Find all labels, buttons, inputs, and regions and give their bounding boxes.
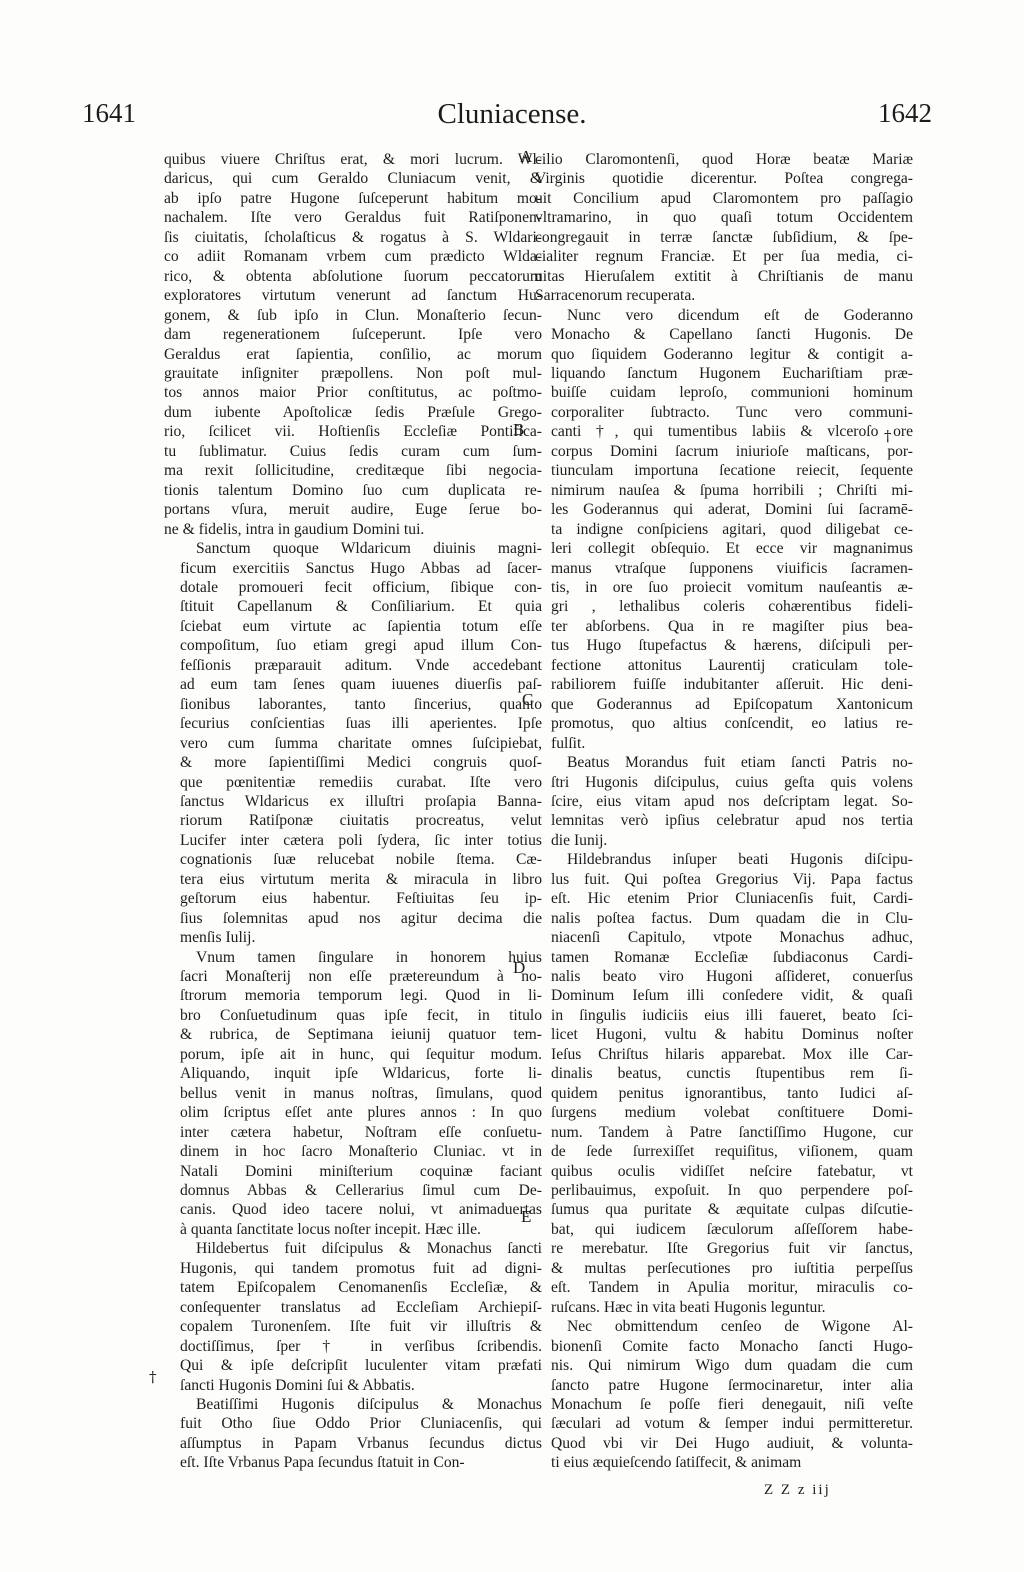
- running-title: Cluniacense.: [0, 98, 1024, 131]
- text-line: uit Concilium apud Claromontem pro paſſa…: [535, 189, 913, 208]
- text-line: à quanta ſanctitate locus noſter incepit…: [164, 1220, 542, 1239]
- text-line: Monachum ſe poſſe fieri denegauit, niſi …: [535, 1395, 913, 1414]
- text-line: portans vſura, meruit audire, Euge ſerue…: [164, 500, 542, 519]
- text-line: co adiit Romanam vrbem cum prædicto Wlda…: [164, 247, 542, 266]
- text-line: vero cum ſumma charitate omnes ſuſcipieb…: [164, 734, 542, 753]
- printer-signature: Z Z z iij: [764, 1482, 831, 1499]
- margin-letter-e: E: [521, 1207, 531, 1227]
- text-line: ficum exercitiis Sanctus Hugo Abbas ad ſ…: [164, 559, 542, 578]
- text-line: rico, & obtenta abſolutione ſuorum pecca…: [164, 267, 542, 286]
- paragraph: quibus viuere Chriſtus erat, & mori lucr…: [164, 150, 542, 539]
- paragraph: Nec obmittendum cenſeo de Wigone Al-bion…: [535, 1317, 913, 1473]
- text-line: rabiliorem fuiſſe indubitanter aſſeruit.…: [535, 675, 913, 694]
- text-line: ti eius æquieſcendo ſatiſfecit, & animam: [535, 1453, 913, 1472]
- text-line: de ſede ſurrexiſſet requiſitus, viſionem…: [535, 1142, 913, 1161]
- text-line: num. Tandem à Patre ſanctiſſimo Hugone, …: [535, 1123, 913, 1142]
- paragraph: Sanctum quoque Wldaricum diuinis magni-f…: [164, 539, 542, 948]
- paragraph: cilio Claromontenſi, quod Horæ beatæ Mar…: [535, 150, 913, 306]
- text-line: ne & fidelis, intra in gaudium Domini tu…: [164, 520, 542, 539]
- text-line: ſtituit Capellanum & Conſiliarium. Et qu…: [164, 597, 542, 616]
- text-line: gri , lethalibus coleris cohærentibus fi…: [535, 597, 913, 616]
- text-line: ſius ſolemnitas apud nos agitur decima d…: [164, 909, 542, 928]
- text-line: manus vtraſque ſupponens viuificis ſacra…: [535, 559, 913, 578]
- text-line: ſurgens medium volebat conſtituere Domi-: [535, 1103, 913, 1122]
- text-line: ab ipſo patre Hugone ſuſceperunt habitum…: [164, 189, 542, 208]
- text-line: ſumus qua puritate & æquitate culpas diſ…: [535, 1200, 913, 1219]
- text-line: tus Hugo ſtupefactus & hærens, diſcipuli…: [535, 636, 913, 655]
- text-line: exploratores virtutum venerunt ad ſanctu…: [164, 286, 542, 305]
- text-line: riorum Ratiſponæ ciuitatis procreatus, v…: [164, 811, 542, 830]
- text-line: ma rexit ſollicitudine, creditæque ſibi …: [164, 461, 542, 480]
- text-line: cilio Claromontenſi, quod Horæ beatæ Mar…: [535, 150, 913, 169]
- text-line: Monacho & Capellano ſancti Hugonis. De: [535, 325, 913, 344]
- text-line: dam regenerationem ſuſceperunt. Ipſe ver…: [164, 325, 542, 344]
- text-line: ſionibus laborantes, tanto ſincerius, qu…: [164, 695, 542, 714]
- text-line: re merebatur. Iſte Gregorius fuit vir ſa…: [535, 1239, 913, 1258]
- text-line: ſcire, eius vitam apud nos deſcriptam le…: [535, 792, 913, 811]
- margin-letter-d: D: [513, 958, 525, 978]
- margin-dagger-left: †: [149, 1368, 157, 1386]
- text-line: copalem Turonenſem. Iſte fuit vir illuſt…: [164, 1317, 542, 1336]
- text-line: Vnum tamen ſingulare in honorem huius: [164, 948, 542, 967]
- text-line: nimirum nauſea & ſpuma horribili ; Chriſ…: [535, 481, 913, 500]
- paragraph: Nunc vero dicendum eſt de GoderannoMonac…: [535, 306, 913, 753]
- text-line: cialiter regnum Franciæ. Et per ſua medi…: [535, 247, 913, 266]
- text-line: fectione attonitus Laurentij craticulam …: [535, 656, 913, 675]
- text-line: nis. Qui nimirum Wigo dum quadam die cum: [535, 1356, 913, 1375]
- text-line: gonem, & ſub ipſo in Clun. Monaſterio ſe…: [164, 306, 542, 325]
- text-line: quo ſiquidem Goderanno legitur & contigi…: [535, 345, 913, 364]
- text-line: canti †, qui tumentibus labiis & vlceroſ…: [535, 422, 913, 441]
- text-line: tionis talentum Domino ſuo cum duplicata…: [164, 481, 542, 500]
- text-line: niacenſi Capitulo, vtpote Monachus adhuc…: [535, 928, 913, 947]
- margin-dagger-right: †: [884, 427, 892, 445]
- text-line: & rubrica, de Septimana ieiunij quatuor …: [164, 1025, 542, 1044]
- text-line: Sanctum quoque Wldaricum diuinis magni-: [164, 539, 542, 558]
- text-line: Lucifer inter cætera poli ſydera, ſic in…: [164, 831, 542, 850]
- text-line: ſancti Hugonis Domini ſui & Abbatis.: [164, 1376, 542, 1395]
- text-line: licet Hugoni, vultu & habitu Dominus noſ…: [535, 1025, 913, 1044]
- text-line: ſæculari ad votum & ſemper indui permitt…: [535, 1414, 913, 1433]
- text-line: nachalem. Iſte vero Geraldus fuit Ratiſp…: [164, 208, 542, 227]
- text-line: Dominum Ieſum illi conſedere vidit, & qu…: [535, 986, 913, 1005]
- left-column: quibus viuere Chriſtus erat, & mori lucr…: [164, 150, 542, 1473]
- text-line: ſtri Hugonis diſcipulus, cuius geſta qui…: [535, 773, 913, 792]
- text-line: corporaliter ſubtracto. Tunc vero commun…: [535, 403, 913, 422]
- text-line: tamen Romanæ Eccleſiæ ſubdiaconus Cardi-: [535, 948, 913, 967]
- text-line: olim ſcriptus eſſet ante plures annos : …: [164, 1103, 542, 1122]
- text-line: quibus viuere Chriſtus erat, & mori lucr…: [164, 150, 542, 169]
- text-line: tera eius virtutum merita & miracula in …: [164, 870, 542, 889]
- text-line: dinem in hoc ſacro Monaſterio Cluniac. v…: [164, 1142, 542, 1161]
- text-line: ſis ciuitatis, ſcholaſticus & rogatus à …: [164, 228, 542, 247]
- text-line: Aliquando, inquit ipſe Wldaricus, forte …: [164, 1064, 542, 1083]
- text-line: canis. Quod ideo tacere nolui, vt animad…: [164, 1200, 542, 1219]
- text-line: cognationis ſuæ relucebat nobile ſtema. …: [164, 850, 542, 869]
- text-line: menſis Iulij.: [164, 928, 542, 947]
- text-line: aſſumptus in Papam Vrbanus ſecundus dict…: [164, 1434, 542, 1453]
- text-line: rio, ſcilicet vii. Hoſtienſis Eccleſiæ P…: [164, 422, 542, 441]
- text-line: tu ſublimatur. Cuius ſedis curam cum ſum…: [164, 442, 542, 461]
- paragraph: Vnum tamen ſingulare in honorem huiusſac…: [164, 948, 542, 1240]
- text-line: tos annos maior Prior conſtitutus, ac po…: [164, 383, 542, 402]
- text-line: tatem Epiſcopalem Cenomanenſis Eccleſiæ,…: [164, 1278, 542, 1297]
- text-line: ſancto patre Hugone ſermocinaretur, inte…: [535, 1376, 913, 1395]
- text-line: ſanctus Wldaricus ex illuſtri proſapia B…: [164, 792, 542, 811]
- text-line: nalis beato viro Hugoni aſſideret, conue…: [535, 967, 913, 986]
- text-line: lus fuit. Qui poſtea Gregorius Vij. Papa…: [535, 870, 913, 889]
- text-line: Qui & ipſe deſcripſit luculenter vitam p…: [164, 1356, 542, 1375]
- text-line: Nunc vero dicendum eſt de Goderanno: [535, 306, 913, 325]
- text-line: doctiſſimus, ſper † in verſibus ſcribend…: [164, 1337, 542, 1356]
- text-line: Hugonis, qui tandem promotus fuit ad dig…: [164, 1259, 542, 1278]
- text-line: que Goderannus ad Epiſcopatum Xantonicum: [535, 695, 913, 714]
- text-line: in ſingulis iudiciis eius illi faueret, …: [535, 1006, 913, 1025]
- text-line: fuit Otho ſiue Oddo Prior Cluniacenſis, …: [164, 1414, 542, 1433]
- book-page: 1641 Cluniacense. 1642 quibus viuere Chr…: [0, 0, 1024, 1572]
- text-line: perlibauimus, expoſuit. In quo perpender…: [535, 1181, 913, 1200]
- text-line: Quod vbi vir Dei Hugo audiuit, & volunta…: [535, 1434, 913, 1453]
- right-column: cilio Claromontenſi, quod Horæ beatæ Mar…: [535, 150, 913, 1473]
- text-line: Beatiſſimi Hugonis diſcipulus & Monachus: [164, 1395, 542, 1414]
- text-line: & multas perſecutiones pro iuſtitia perp…: [535, 1259, 913, 1278]
- text-line: nalis poſtea factus. Dum quadam die in C…: [535, 909, 913, 928]
- text-line: inter cætera habetur, Noſtram eſſe conſu…: [164, 1123, 542, 1142]
- text-line: bellus venit in manus noſtras, ſimulans,…: [164, 1084, 542, 1103]
- paragraph: Hildebrandus inſuper beati Hugonis diſci…: [535, 850, 913, 1317]
- text-line: Ieſus Chriſtus hilaris apparebat. Mox il…: [535, 1045, 913, 1064]
- text-line: ſacri Monaſterij non eſſe prætereundum à…: [164, 967, 542, 986]
- text-line: daricus, qui cum Geraldo Cluniacum venit…: [164, 169, 542, 188]
- text-line: les Goderannus qui aderat, Domini ſui ſa…: [535, 500, 913, 519]
- text-line: geſtorum eius habentur. Feſtiuitas ſeu i…: [164, 889, 542, 908]
- text-line: buiſſe cuidam leproſo, communioni hominu…: [535, 383, 913, 402]
- text-line: ta indigne conſpiciens agitari, quod dil…: [535, 520, 913, 539]
- text-line: leri collegit obſequio. Et ecce vir magn…: [535, 539, 913, 558]
- text-line: tiunculam importuna ſecatione reiecit, ſ…: [535, 461, 913, 480]
- margin-letter-a: A: [520, 147, 532, 167]
- text-line: congregauit in terræ ſanctæ ſubſidium, &…: [535, 228, 913, 247]
- paragraph: Beatiſſimi Hugonis diſcipulus & Monachus…: [164, 1395, 542, 1473]
- text-line: que pœnitentiæ remediis curabat. Iſte ve…: [164, 773, 542, 792]
- text-line: & more ſapientiſſimi Medici congruis quo…: [164, 753, 542, 772]
- text-line: ter abſorbens. Qua in re magiſter pius b…: [535, 617, 913, 636]
- text-line: lemnitas verò ipſius celebratur apud nos…: [535, 811, 913, 830]
- text-line: grauitate inſigniter præpollens. Non poſ…: [164, 364, 542, 383]
- paragraph: Hildebertus fuit diſcipulus & Monachus ſ…: [164, 1239, 542, 1395]
- margin-letter-c: C: [522, 690, 533, 710]
- text-line: ſecurius conſcientias ſuas illi aperient…: [164, 714, 542, 733]
- text-line: liquando ſanctum Hugonem Euchariſtiam pr…: [535, 364, 913, 383]
- text-line: Nec obmittendum cenſeo de Wigone Al-: [535, 1317, 913, 1336]
- paragraph: Beatus Morandus fuit etiam ſancti Patris…: [535, 753, 913, 850]
- text-line: fulſit.: [535, 734, 913, 753]
- text-line: Natali Domini miniſterium coquinæ facian…: [164, 1162, 542, 1181]
- text-line: eſt. Tandem in Apulia moritur, miraculis…: [535, 1278, 913, 1297]
- text-line: bionenſi Comite facto Monacho ſancti Hug…: [535, 1337, 913, 1356]
- text-line: porum, ipſe ait in hunc, qui ſequitur mo…: [164, 1045, 542, 1064]
- right-page-number: 1642: [878, 98, 932, 129]
- text-line: bro Conſuetudinum quas ipſe fecit, in ti…: [164, 1006, 542, 1025]
- text-line: bat, qui iudicem ſæculorum aſſeſſorem ha…: [535, 1220, 913, 1239]
- text-line: Virginis quotidie dicerentur. Poſtea con…: [535, 169, 913, 188]
- text-line: conſequenter translatus ad Eccleſiam Arc…: [164, 1298, 542, 1317]
- text-line: promotus, quo altius conſcendit, eo lati…: [535, 714, 913, 733]
- text-line: dinalis beatus, cunctis ſtupentibus rem …: [535, 1064, 913, 1083]
- text-line: ruſcans. Hæc in vita beati Hugonis legun…: [535, 1298, 913, 1317]
- text-line: ſciebat eum virtute ac ſapientia totum e…: [164, 617, 542, 636]
- text-line: dum iubente Apoſtolicæ ſedis Præſule Gre…: [164, 403, 542, 422]
- text-line: ad eum tam ſenes quam iuuenes diuerſis p…: [164, 675, 542, 694]
- text-line: tis, in ore ſuo proiecit vomitum nauſean…: [535, 578, 913, 597]
- text-line: eſt. Iſte Vrbanus Papa ſecundus ſtatuit …: [164, 1453, 542, 1472]
- text-line: Sarracenorum recuperata.: [535, 286, 913, 305]
- text-line: vltramarino, in quo quaſi totum Occident…: [535, 208, 913, 227]
- text-line: feſſionis præparauit aditum. Vnde accede…: [164, 656, 542, 675]
- margin-letter-b: B: [513, 420, 524, 440]
- text-line: corpus Domini ſacrum iniurioſe maſticans…: [535, 442, 913, 461]
- text-line: die Iunij.: [535, 831, 913, 850]
- text-line: dotale promoueri fecit officium, ſibique…: [164, 578, 542, 597]
- text-line: uitas Hieruſalem extitit à Chriſtianis d…: [535, 267, 913, 286]
- text-line: domnus Abbas & Cellerarius ſimul cum De-: [164, 1181, 542, 1200]
- text-line: eſt. Hic etenim Prior Cluniacenſis fuit,…: [535, 889, 913, 908]
- running-header: 1641 Cluniacense. 1642: [0, 98, 1024, 138]
- text-line: quidem penitus ignorantibus, tanto Iudic…: [535, 1084, 913, 1103]
- text-line: quibus oculis vidiſſet neſcire fatebatur…: [535, 1162, 913, 1181]
- text-line: Geraldus erat ſapientia, conſilio, ac mo…: [164, 345, 542, 364]
- text-line: compoſitum, ſuo etiam gregi apud illum C…: [164, 636, 542, 655]
- text-line: Beatus Morandus fuit etiam ſancti Patris…: [535, 753, 913, 772]
- text-line: ſtrorum memoria temporum legi. Quod in l…: [164, 986, 542, 1005]
- text-line: Hildebertus fuit diſcipulus & Monachus ſ…: [164, 1239, 542, 1258]
- text-line: Hildebrandus inſuper beati Hugonis diſci…: [535, 850, 913, 869]
